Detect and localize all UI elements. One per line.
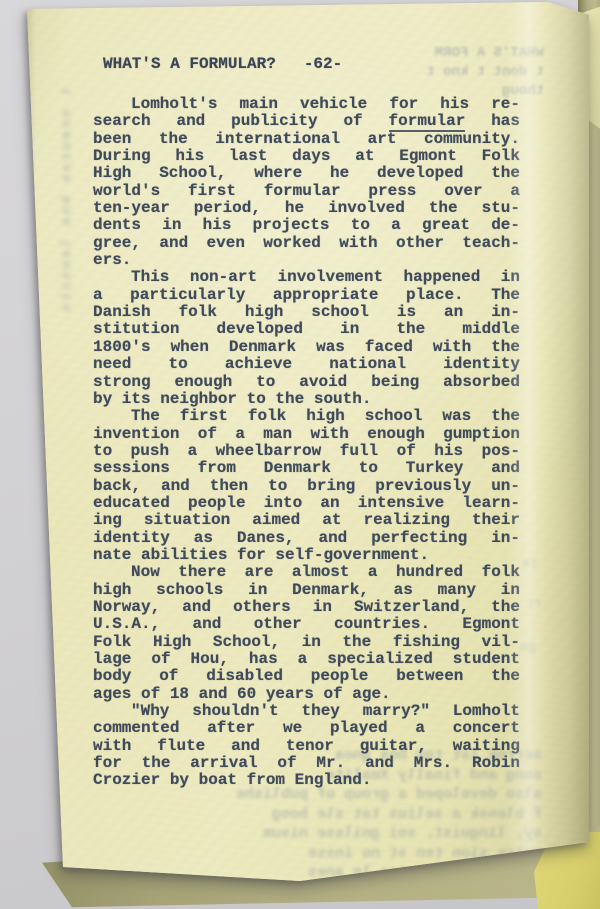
text-line: High School, where he developed the [93, 165, 520, 182]
text-line: to push a wheelbarrow full of his pos- [93, 443, 520, 460]
bleed-through-text-top: WHAT'S A FORMt dont t kno t thoug [384, 44, 544, 101]
text-line: This non-art involvement happened in [93, 269, 520, 286]
bleed-through-mark: rt [526, 596, 542, 611]
text-line: dents in his projects to a great de- [93, 217, 520, 234]
bleed-through-line: WHAT'S A FORM [384, 44, 544, 63]
text-line: Danish folk high school is an in- [93, 304, 520, 321]
text-line: ages of 18 and 60 years of age. [93, 686, 520, 703]
text-line: need to achieve national identity [93, 356, 520, 373]
bleed-through-line: tional, interestra le anes [126, 863, 542, 883]
text-line: Norway, and others in Switzerland, the [93, 599, 520, 616]
text-line: ing situation aimed at realizing their [93, 512, 520, 529]
bleed-through-mark: gn [520, 640, 536, 655]
text-line: The first folk high school was the [93, 408, 520, 425]
text-line: sessions from Denmark to Turkey and [93, 460, 520, 477]
bleed-through-line: sy, linguist, soi gnilsse nisum [126, 824, 542, 844]
text-line: Crozier by boat from England. [93, 772, 520, 789]
bleed-through-line: f blensk a selius tat sle boog [126, 805, 542, 825]
text-line: invention of a man with enough gumption [93, 426, 520, 443]
text-line: nate abilities for self-government. [93, 547, 520, 564]
text-line: Now there are almost a hundred folk [93, 564, 520, 581]
text-line: high schools in Denmark, as many in [93, 582, 520, 599]
text-line: During his last days at Egmont Folk [93, 148, 520, 165]
body-text: Lomholt's main vehicle for his re-search… [93, 96, 520, 790]
text-line: back, and then to bring previously un- [93, 478, 520, 495]
text-line: "Why shouldn't they marry?" Lomholt [93, 703, 520, 720]
text-line: ten-year period, he involved the stu- [93, 200, 520, 217]
text-line: 1800's when Denmark was faced with the [93, 339, 520, 356]
text-line: body of disabled people between the [93, 668, 520, 685]
text-line: ers. [93, 252, 520, 269]
text-line: commented after we played a concert [93, 720, 520, 737]
bleed-through-text-left: t nemussa bna lanoits [59, 88, 81, 568]
photo-of-typewritten-page: { "photo": { "background_color": "#d0cfd… [0, 0, 600, 909]
text-line: identity as Danes, and perfecting in- [93, 530, 520, 547]
document-page: WHAT'S A FORMt dont t kno t thoug t nemu… [26, 0, 594, 886]
text-line: educated people into an intensive learn- [93, 495, 520, 512]
text-line: by its neighbor to the south. [93, 391, 520, 408]
text-line: U.S.A., and other countries. Egmont [93, 616, 520, 633]
text-line: been the international art community. [93, 131, 520, 148]
text-line: for the arrival of Mr. and Mrs. Robin [93, 755, 520, 772]
page-header: WHAT'S A FORMULAR?-62- [103, 55, 342, 73]
text-line: gree, and even worked with other teach- [93, 235, 520, 252]
text-line: lage of Hou, has a specialized student [93, 651, 520, 668]
text-line: stitution developed in the middle [93, 321, 520, 338]
bleed-through-mark: te [522, 556, 538, 571]
text-line: with flute and tenor guitar, waiting [93, 738, 520, 755]
text-line: search and publicity of formular has [93, 113, 520, 130]
text-line: world's first formular press over a [93, 183, 520, 200]
text-line: Lomholt's main vehicle for his re- [93, 96, 520, 113]
text-line: Folk High School, in the fishing vil- [93, 634, 520, 651]
page-number: -62- [304, 55, 342, 73]
page-title: WHAT'S A FORMULAR? [103, 55, 276, 73]
paper-shadow-wrapper: WHAT'S A FORMt dont t kno t thoug t nemu… [0, 0, 600, 909]
bleed-through-line: noiss sion ten st no insse [126, 844, 542, 864]
text-line: strong enough to avoid being absorbed [93, 374, 520, 391]
text-line: a particularly appropriate place. The [93, 287, 520, 304]
